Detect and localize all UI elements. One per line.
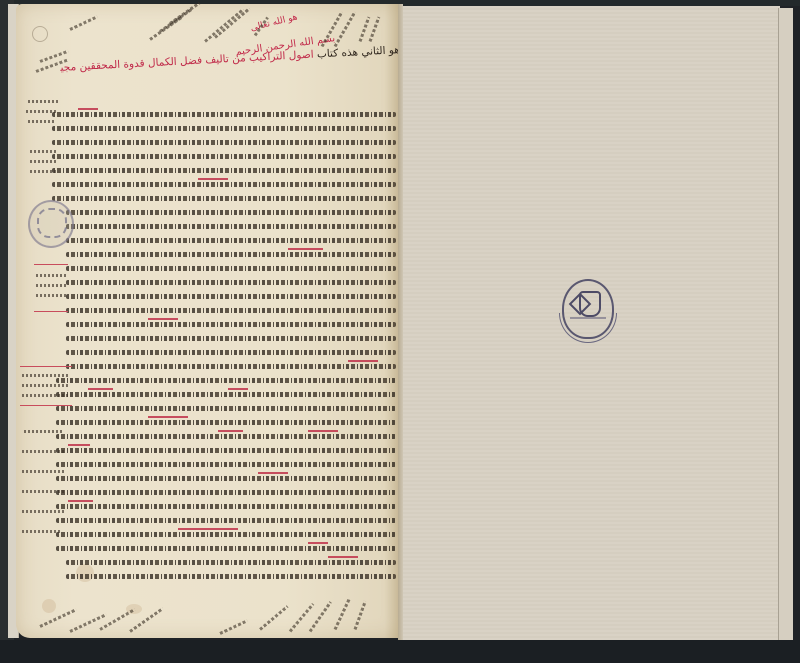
- folio-number-mark: [32, 26, 48, 42]
- left-margin-seal: [28, 200, 74, 248]
- hand-icon: [579, 291, 601, 317]
- scan-backing-bottom: [0, 640, 800, 663]
- title-red: اصول التراكيب من تاليف فضل الكمال قدوة ا…: [60, 49, 314, 74]
- gutter: [398, 4, 403, 640]
- folio-edge: [778, 8, 793, 640]
- library-stamp: [562, 279, 614, 339]
- boxed-note: [34, 264, 68, 312]
- manuscript-scan: هو الله تعالى بسم الله الرحمن الرحيم هو …: [0, 0, 800, 663]
- main-text-block: [48, 112, 396, 602]
- title-line: هو الثاني هذه كتاب اصول التراكيب من تالي…: [60, 44, 400, 74]
- title-prefix: هو الثاني هذه كتاب: [313, 44, 400, 60]
